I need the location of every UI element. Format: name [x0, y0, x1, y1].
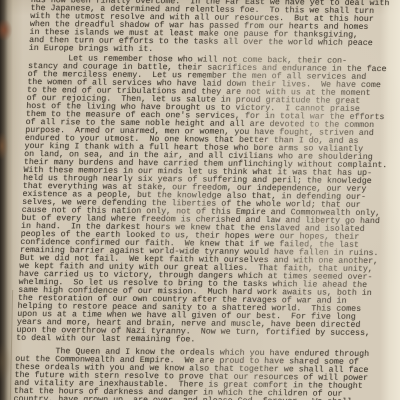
paragraph-far-east: has now been finally overcome. In the Fa…: [29, 0, 400, 56]
typewritten-text-block: has now been finally overcome. In the Fa…: [13, 0, 400, 400]
scanned-document-page: has now been finally overcome. In the Fa…: [0, 0, 400, 400]
paper-crease-line: [10, 290, 13, 400]
paragraph-queen-and-i: The Queen and I know the ordeals which y…: [13, 347, 387, 400]
paragraph-let-us-remember: Let us remember those who will not come …: [16, 54, 400, 345]
